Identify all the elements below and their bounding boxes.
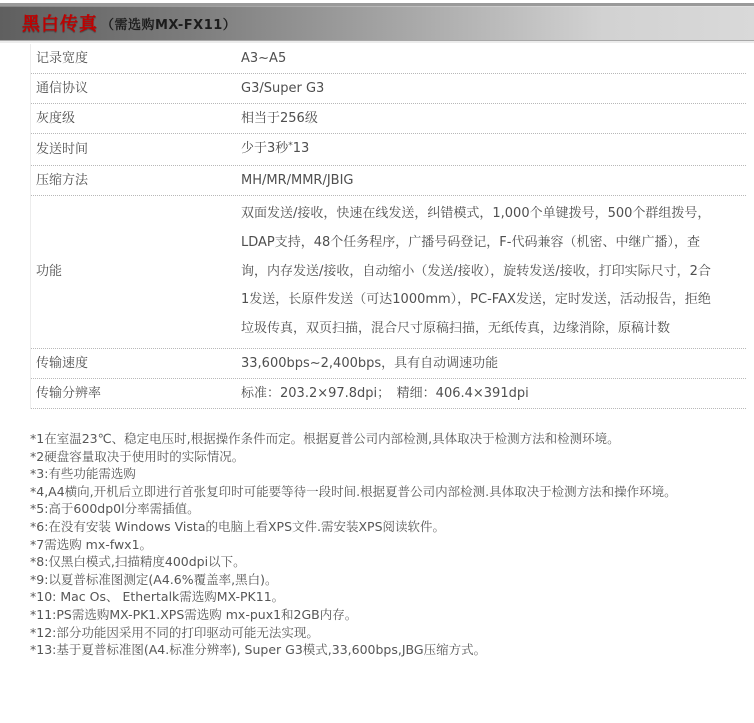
spec-label: 灰度级 bbox=[31, 111, 241, 126]
spec-label: 通信协议 bbox=[31, 81, 241, 96]
section-header-bar: 黑白传真 （需选购MX-FX11） bbox=[0, 3, 754, 41]
spec-value: 33,600bps~2,400bps，具有自动调速功能 bbox=[241, 356, 746, 371]
footnote-asterisk: * bbox=[288, 141, 293, 151]
spec-value: A3~A5 bbox=[241, 51, 746, 66]
send-time-text: 少于3秒 bbox=[241, 141, 288, 156]
spec-row-transfer-speed: 传输速度 33,600bps~2,400bps，具有自动调速功能 bbox=[31, 349, 746, 379]
spec-label: 发送时间 bbox=[31, 142, 241, 157]
footnote-line: *6:在没有安装 Windows Vista的电脑上看XPS文件.需安装XPS阅… bbox=[30, 518, 748, 536]
spec-row-protocol: 通信协议 G3/Super G3 bbox=[31, 74, 746, 104]
footnote-line: *12:部分功能因采用不同的打印驱动可能无法实现。 bbox=[30, 624, 748, 642]
spec-row-transfer-resolution: 传输分辨率 标准：203.2×97.8dpi； 精细：406.4×391dpi bbox=[31, 379, 746, 409]
fax-spec-table: 记录宽度 A3~A5 通信协议 G3/Super G3 灰度级 相当于256级 … bbox=[30, 44, 746, 409]
section-title: 黑白传真 bbox=[22, 10, 98, 36]
footnote-line: *2硬盘容量取决于使用时的实际情况。 bbox=[30, 448, 748, 466]
section-subtitle: （需选购MX-FX11） bbox=[101, 14, 236, 33]
spec-row-send-time: 发送时间 少于3秒*13 bbox=[31, 134, 746, 166]
footnote-number: 13 bbox=[293, 141, 310, 156]
spec-row-recording-width: 记录宽度 A3~A5 bbox=[31, 44, 746, 74]
footnote-line: *11:PS需选购MX-PK1.XPS需选购 mx-pux1和2GB内存。 bbox=[30, 606, 748, 624]
spec-label: 记录宽度 bbox=[31, 51, 241, 66]
footnote-line: *4,A4横向,开机后立即进行首张复印时可能要等待一段时间.根据夏普公司内部检测… bbox=[30, 483, 748, 501]
spec-row-gray-levels: 灰度级 相当于256级 bbox=[31, 104, 746, 134]
spec-value: MH/MR/MMR/JBIG bbox=[241, 173, 746, 188]
spec-value: 少于3秒*13 bbox=[241, 141, 746, 158]
spec-label: 压缩方法 bbox=[31, 173, 241, 188]
footnote-line: *7需选购 mx-fwx1。 bbox=[30, 536, 748, 554]
footnote-line: *3:有些功能需选购 bbox=[30, 465, 748, 483]
spec-row-compression: 压缩方法 MH/MR/MMR/JBIG bbox=[31, 166, 746, 196]
spec-label: 传输速度 bbox=[31, 356, 241, 371]
footnote-line: *1在室温23℃、稳定电压时,根据操作条件而定。根据夏普公司内部检测,具体取决于… bbox=[30, 430, 748, 448]
spec-value: 相当于256级 bbox=[241, 111, 746, 126]
spec-label: 功能 bbox=[31, 264, 241, 279]
footnotes-block: *1在室温23℃、稳定电压时,根据操作条件而定。根据夏普公司内部检测,具体取决于… bbox=[30, 430, 748, 659]
footnote-line: *10: Mac Os、 Ethertalk需选购MX-PK11。 bbox=[30, 588, 748, 606]
footnote-line: *5:高于600dp0l分率需插值。 bbox=[30, 500, 748, 518]
spec-value: 双面发送/接收，快速在线发送，纠错模式，1,000个单键拨号，500个群组拨号，… bbox=[241, 200, 725, 344]
spec-value: G3/Super G3 bbox=[241, 81, 746, 96]
footnote-line: *8:仅黑白模式,扫描精度400dpi以下。 bbox=[30, 553, 748, 571]
footnote-line: *9:以夏普标准图测定(A4.6%覆盖率,黑白)。 bbox=[30, 571, 748, 589]
spec-value: 标准：203.2×97.8dpi； 精细：406.4×391dpi bbox=[241, 386, 746, 401]
spec-label: 传输分辨率 bbox=[31, 386, 241, 401]
spec-row-features: 功能 双面发送/接收，快速在线发送，纠错模式，1,000个单键拨号，500个群组… bbox=[31, 196, 746, 349]
footnote-line: *13:基于夏普标准图(A4.标准分辨率), Super G3模式,33,600… bbox=[30, 641, 748, 659]
